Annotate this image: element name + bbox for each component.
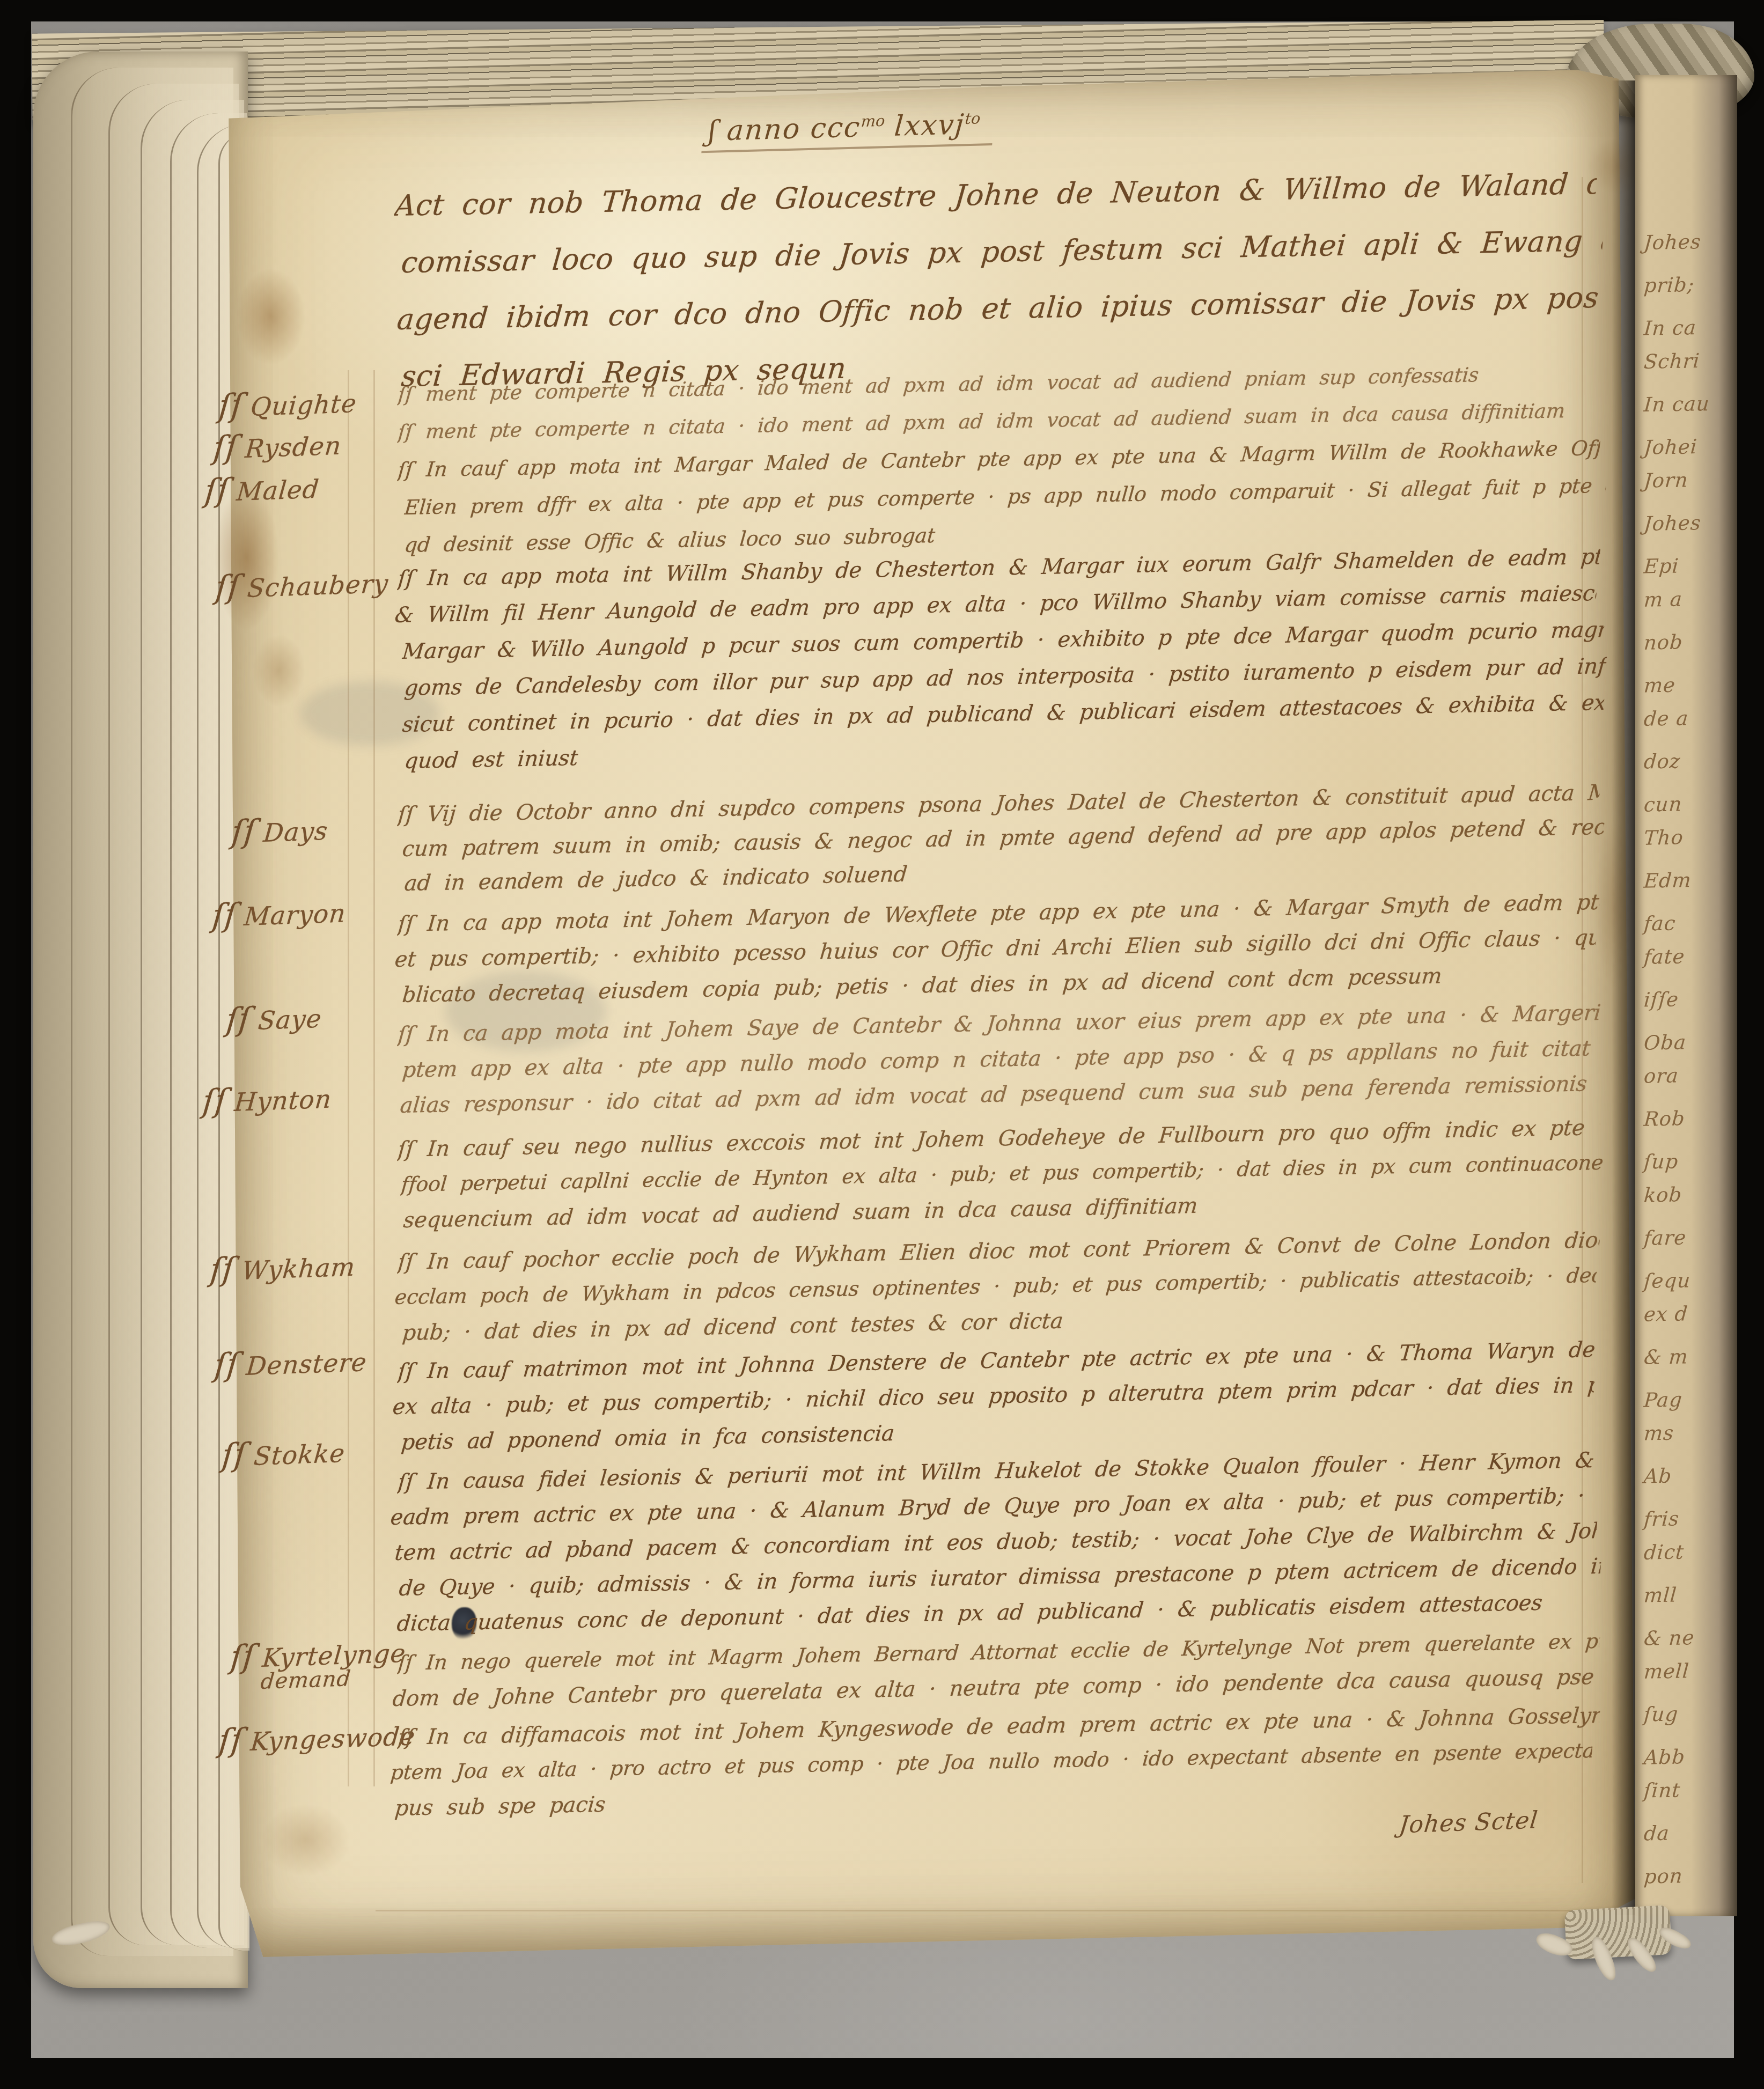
margin-label-hynton: ſſHynton [201, 1078, 334, 1120]
facing-page-strip: Johesprib;In caSchriIn cauJoheiJornJohes… [1635, 75, 1737, 1916]
paraph-mark: ſſ [212, 428, 240, 466]
margin-label-schaubery: ſſSchaubery [214, 563, 390, 606]
margin-label-saye: ſſSaye [225, 998, 324, 1038]
facing-line-fragment: fate [1643, 945, 1686, 968]
facing-line-fragment: Johes [1643, 511, 1702, 535]
paraph-mark: ſſ [217, 386, 245, 424]
facing-line-fragment: da [1643, 1822, 1670, 1845]
facing-line-fragment: Jorn [1643, 468, 1689, 492]
paraph-mark: ſſ [201, 1082, 229, 1120]
sewing-stub [1564, 1905, 1672, 1960]
margin-label-maryon: ſſMaryon [211, 892, 348, 934]
facing-line-fragment: mll [1643, 1583, 1678, 1607]
margin-label-kyrtelynge-2: demand [260, 1666, 352, 1694]
facing-line-fragment: me [1643, 673, 1676, 697]
margin-label-quighte: ſſQuighte [217, 383, 358, 424]
paraph-mark: ſſ [209, 1250, 237, 1288]
paraph-mark: ſſ [220, 1436, 248, 1474]
paraph-mark: ſſ [225, 1000, 253, 1038]
heading-flourish: ʃ [707, 115, 718, 148]
paraph-mark: ſſ [211, 896, 239, 934]
facing-line-fragment: pon [1643, 1864, 1684, 1888]
paraph-mark: ſſ [214, 568, 242, 606]
facing-line-fragment: In cau [1643, 392, 1711, 416]
facing-line-fragment: ſequ [1643, 1269, 1692, 1293]
facing-line-fragment: In ca [1643, 316, 1697, 340]
facing-line-fragment: Abb [1643, 1745, 1686, 1769]
facing-line-fragment: m a [1643, 587, 1684, 611]
facing-line-fragment: Pag [1643, 1388, 1684, 1411]
facing-line-fragment: ora [1643, 1064, 1679, 1087]
paraph-mark: ſſ [229, 1637, 257, 1675]
facing-line-fragment: Tho [1643, 826, 1685, 849]
entry-line: quod est iniust [403, 746, 579, 774]
facing-line-fragment: & ne [1643, 1626, 1695, 1650]
paraph-mark: ſſ [203, 471, 231, 509]
margin-label-maled: ſſMaled [203, 468, 321, 509]
facing-line-fragment: Rob [1643, 1107, 1686, 1130]
facing-line-fragment: prib; [1643, 273, 1695, 297]
facing-line-fragment: Ab [1643, 1465, 1672, 1488]
gutter-shadow [1612, 80, 1636, 1915]
margin-label-denstere: ſſDenstere [213, 1341, 369, 1384]
bottom-rule [376, 1910, 1577, 1911]
facing-line-fragment: ex d [1643, 1302, 1689, 1326]
margin-label-days: ſſDays [230, 810, 330, 851]
facing-line-fragment: fris [1643, 1507, 1680, 1531]
facing-line-fragment: cun [1643, 792, 1683, 816]
facing-line-fragment: nob [1643, 630, 1684, 654]
facing-line-fragment: kob [1643, 1183, 1683, 1207]
facing-line-fragment: iſſe [1643, 988, 1679, 1011]
facing-line-fragment: ms [1643, 1421, 1674, 1445]
facing-line-fragment: de a [1643, 707, 1689, 731]
registrar-signature: Johes Sctel [1398, 1806, 1539, 1838]
facing-line-fragment: ſup [1643, 1150, 1679, 1173]
facing-line-fragment: Oba [1643, 1031, 1687, 1054]
folio-year-heading: ʃ anno cccmo lxxvjto [701, 108, 995, 153]
paraph-mark: ſſ [230, 812, 258, 850]
margin-label-rysden: ſſRysden [212, 425, 343, 467]
margin-label-stokke: ſſStokke [220, 1432, 347, 1474]
facing-line-fragment: Schri [1643, 349, 1701, 373]
facing-line-fragment: Johes [1643, 230, 1702, 254]
margin-label-kyngeswode: ſſKyngeswode [217, 1715, 417, 1759]
facing-line-fragment: doz [1643, 749, 1681, 773]
facing-line-fragment: Johei [1643, 435, 1699, 459]
facing-line-fragment: ſint [1643, 1778, 1681, 1802]
margin-rule [1582, 177, 1583, 1883]
entry-line: pus sub spe pacis [394, 1792, 606, 1821]
paraph-mark: ſſ [213, 1345, 241, 1384]
facing-line-fragment: & m [1643, 1345, 1689, 1369]
facing-line-fragment: fare [1643, 1226, 1687, 1249]
left-leaf-stack [33, 52, 248, 1988]
facing-line-fragment: Edm [1643, 869, 1693, 893]
margin-label-wykham: ſſWykham [209, 1246, 357, 1288]
facing-line-fragment: ſug [1643, 1702, 1679, 1726]
manuscript-photo: ʃ anno cccmo lxxvjto Act cor nob Thoma d… [0, 0, 1764, 2089]
facing-line-fragment: mell [1643, 1659, 1690, 1683]
facing-line-fragment: fac [1643, 911, 1676, 935]
paraph-mark: ſſ [217, 1721, 245, 1759]
facing-line-fragment: Epi [1643, 554, 1680, 578]
facing-line-fragment: dict [1643, 1540, 1685, 1564]
